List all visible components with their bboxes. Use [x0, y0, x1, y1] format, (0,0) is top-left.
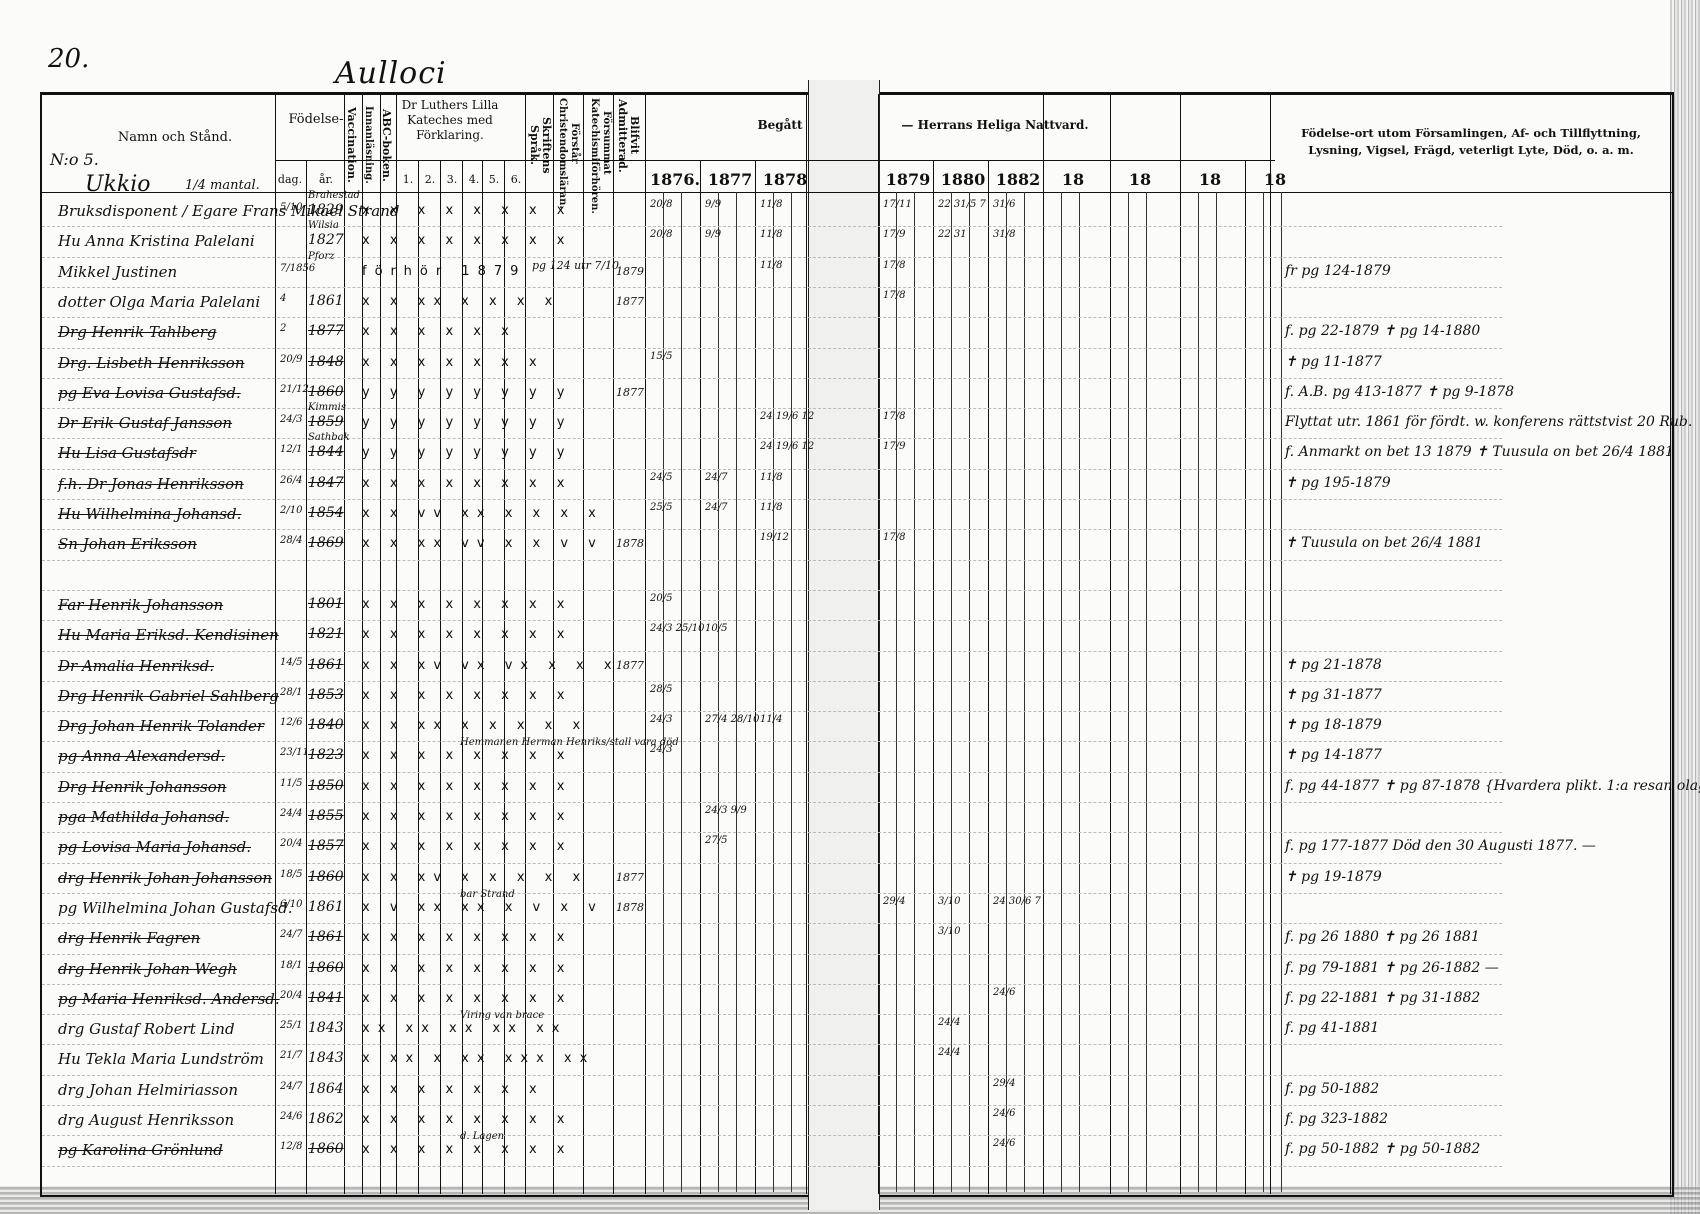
- register-row: Hu Tekla Maria Lundström21/71843x xx x x…: [0, 1044, 1700, 1074]
- birth-year: 1861: [308, 293, 344, 309]
- person-name: Dr Erik Gustaf Jansson: [58, 414, 232, 432]
- catechism-marks: x x x x x x x: [362, 1082, 545, 1097]
- person-name: pg Maria Henriksd. Andersd.: [58, 990, 280, 1008]
- catechism-marks: x x x x x x x x: [362, 688, 572, 703]
- remark-text: f. pg 41-1881: [1285, 1020, 1379, 1036]
- birth-place: Pforz: [308, 251, 335, 262]
- communion-date: 24/7: [705, 473, 727, 483]
- person-name: pg Karolina Grönlund: [58, 1141, 223, 1159]
- birth-place: Kimmis: [308, 402, 346, 413]
- birth-year: 1860: [308, 960, 344, 976]
- person-name: pg Lovisa Maria Johansd.: [58, 838, 251, 856]
- birth-day: 12/1: [280, 444, 302, 455]
- remark-text: f. pg 50-1882: [1285, 1081, 1379, 1097]
- remark-text: f. pg 26 1880 ✝ pg 26 1881: [1285, 929, 1480, 945]
- register-row: [0, 560, 1700, 590]
- household-share: 1/4 mantal.: [185, 178, 260, 193]
- birth-year: 1864: [308, 1081, 344, 1097]
- register-row: f.h. Dr Jonas Henriksson26/41847x x x x …: [0, 469, 1700, 499]
- year-header: 1877: [704, 170, 756, 189]
- birth-year: 1850: [308, 778, 344, 794]
- catechism-marks: x x x x x x x x: [362, 991, 572, 1006]
- communion-date: 11/8: [760, 503, 782, 513]
- birth-day: 23/11: [280, 747, 309, 758]
- header-birth-day: dag.: [276, 172, 304, 187]
- birth-day: 18/1: [280, 960, 302, 971]
- header-birth-year: år.: [306, 172, 346, 187]
- remark-text: f. pg 79-1881 ✝ pg 26-1882 —: [1285, 960, 1499, 976]
- catechism-marks: x x x x x x x x: [362, 961, 572, 976]
- birth-day: 5/10: [280, 202, 302, 213]
- catechism-marks: x x x x x x x x: [362, 476, 572, 491]
- communion-date: 24 19/6 12: [760, 412, 814, 422]
- birth-year: 1848: [308, 354, 344, 370]
- register-row: drg Henrik Fagren24/71861x x x x x x x x…: [0, 923, 1700, 953]
- person-name: Hu Tekla Maria Lundström: [58, 1050, 264, 1068]
- marginal-note: d. Lagen: [460, 1131, 504, 1142]
- catechism-marks: x x x x x x x x: [362, 1112, 572, 1127]
- birth-year: 1821: [308, 626, 344, 642]
- person-name: drg Gustaf Robert Lind: [58, 1020, 235, 1038]
- birth-day: 4: [280, 293, 286, 304]
- remark-text: f. pg 44-1877 ✝ pg 87-1878 {Hvardera pli…: [1285, 778, 1700, 794]
- person-name: drg Johan Helmiriasson: [58, 1081, 238, 1099]
- communion-date: 31/6: [993, 200, 1015, 210]
- birth-place: Sathbak: [308, 432, 350, 443]
- birth-year: 1801: [308, 596, 344, 612]
- register-row: drg Henrik Johan Johansson18/51860x x xv…: [0, 863, 1700, 893]
- catechism-marks: x x x x x x x: [362, 355, 545, 370]
- remark-text: ✝ pg 195-1879: [1285, 475, 1391, 491]
- birth-day: 18/5: [280, 869, 302, 880]
- remark-text: ✝ pg 11-1877: [1285, 354, 1382, 370]
- year-header: 1880: [937, 170, 989, 189]
- catechism-marks: x v xx xx x v x v: [362, 900, 604, 915]
- remark-text: f. Anmarkt on bet 13 1879 ✝ Tuusula on b…: [1285, 444, 1674, 460]
- communion-date: 20/5: [650, 594, 672, 604]
- catechism-marks: x x x x x x x x: [362, 203, 572, 218]
- catechism-marks: x x xx x x x x: [362, 294, 560, 309]
- birth-year: 1840: [308, 717, 344, 733]
- birth-year: 1854: [308, 505, 344, 521]
- remark-text: ✝ pg 21-1878: [1285, 657, 1382, 673]
- birth-year: 1860: [308, 1141, 344, 1157]
- birth-year: 1861: [308, 899, 344, 915]
- admitted-year: 1879: [616, 267, 644, 277]
- register-row: drg Johan Helmiriasson24/71864x x x x x …: [0, 1075, 1700, 1105]
- register-row: drg Henrik Johan Wegh18/11860x x x x x x…: [0, 954, 1700, 984]
- birth-day: 6/10: [280, 899, 302, 910]
- person-name: f.h. Dr Jonas Henriksson: [58, 475, 244, 493]
- register-row: Drg Henrik Tahlberg21877x x x x x xf. pg…: [0, 317, 1700, 347]
- communion-date: 22 31/5 7: [938, 200, 986, 210]
- catechism-marks: x x xv x x x x x: [362, 870, 588, 885]
- marginal-note: bar Strand: [460, 889, 515, 900]
- year-header: 18: [1047, 170, 1099, 189]
- year-header: 1878: [759, 170, 811, 189]
- person-name: Hu Maria Eriksd. Kendisinen: [58, 626, 279, 644]
- remark-text: ✝ pg 31-1877: [1285, 687, 1382, 703]
- admitted-year: 1878: [616, 539, 644, 549]
- register-row: Dr Amalia Henriksd.14/51861x x xv vx vx …: [0, 651, 1700, 681]
- household-name: Ukkio: [85, 172, 150, 197]
- header-abc: ABC-boken.: [380, 100, 392, 190]
- communion-date: 3/10: [938, 897, 960, 907]
- communion-date: 3/10: [938, 927, 960, 937]
- register-row: Hu Maria Eriksd. Kendisinen1821x x x x x…: [0, 620, 1700, 650]
- catechism-part-label: 4.: [464, 172, 484, 187]
- page-number: 20.: [48, 44, 89, 74]
- catechism-marks: x x x x x x x x: [362, 627, 572, 642]
- person-name: Hu Lisa Gustafsdr: [58, 444, 196, 462]
- birth-year: 1843: [308, 1050, 344, 1066]
- catechism-part-label: 3.: [442, 172, 462, 187]
- birth-day: 26/4: [280, 475, 302, 486]
- birth-day: 24/4: [280, 808, 302, 819]
- birth-year: 1855: [308, 808, 344, 824]
- communion-date: 24/3 9/9: [705, 806, 747, 816]
- year-header: 1879: [882, 170, 934, 189]
- register-page: 20. Aulloci Namn och Stånd. Födelse- dag…: [0, 0, 1700, 1214]
- remark-text: ✝ pg 14-1877: [1285, 747, 1382, 763]
- catechism-marks: x x x x x x: [362, 324, 517, 339]
- remark-text: f. A.B. pg 413-1877 ✝ pg 9-1878: [1285, 384, 1514, 400]
- birth-day: 24/7: [280, 929, 302, 940]
- communion-date: 31/8: [993, 230, 1015, 240]
- person-name: Dr Amalia Henriksd.: [58, 657, 214, 675]
- birth-year: 1829: [308, 202, 344, 218]
- year-header: 18: [1114, 170, 1166, 189]
- person-name: pg Anna Alexandersd.: [58, 747, 225, 765]
- birth-year: 1859: [308, 414, 344, 430]
- year-header: 18: [1184, 170, 1236, 189]
- birth-day: 21/12: [280, 384, 309, 395]
- catechism-marks: x x x x x x x x: [362, 1142, 572, 1157]
- admitted-year: 1877: [616, 873, 644, 883]
- catechism-marks: x xx x xx xxx xx: [362, 1051, 595, 1066]
- remark-text: f. pg 177-1877 Död den 30 Augusti 1877. …: [1285, 838, 1596, 854]
- catechism-marks: förhör 1879: [362, 264, 526, 279]
- catechism-marks: x x x x x x x x: [362, 233, 572, 248]
- person-name: Drg. Lisbeth Henriksson: [58, 354, 245, 372]
- year-header: 1882: [992, 170, 1044, 189]
- register-row: drg Gustaf Robert Lind25/11843xx xx xx x…: [0, 1014, 1700, 1044]
- register-row: Hu Lisa Gustafsdr12/11844Sathbaky y y y …: [0, 438, 1700, 468]
- communion-date: 17/9: [883, 230, 905, 240]
- communion-date: 24/6: [993, 988, 1015, 998]
- person-name: drg August Henriksson: [58, 1111, 234, 1129]
- marginal-note: Hemmanen Herman Henriks/stall vara död: [460, 737, 679, 748]
- birth-year: 1860: [308, 384, 344, 400]
- catechism-part-label: 6.: [506, 172, 526, 187]
- birth-day: 24/7: [280, 1081, 302, 1092]
- person-name: drg Henrik Johan Wegh: [58, 960, 237, 978]
- register-row: Drg Henrik Gabriel Sahlberg28/11853x x x…: [0, 681, 1700, 711]
- remark-text: Flyttat utr. 1861 för fördt. w. konferen…: [1285, 414, 1692, 430]
- register-row: drg August Henriksson24/61862x x x x x x…: [0, 1105, 1700, 1135]
- person-name: pg Wilhelmina Johan Gustafsd.: [58, 899, 292, 917]
- remark-text: ✝ pg 19-1879: [1285, 869, 1382, 885]
- header-forsummat: Försummat Katechismiförhören.: [588, 98, 612, 188]
- birth-year: 1844: [308, 444, 344, 460]
- header-innanlasning: Innanläsning.: [362, 100, 374, 190]
- communion-date: 24/6: [993, 1139, 1015, 1149]
- admitted-year: 1878: [616, 903, 644, 913]
- person-name: Drg Johan Henrik Tolander: [58, 717, 264, 735]
- communion-date: 24/7: [705, 503, 727, 513]
- register-row: Drg Henrik Johansson11/51850x x x x x x …: [0, 772, 1700, 802]
- birth-day: 2/10: [280, 505, 302, 516]
- birth-day: 24/6: [280, 1111, 302, 1122]
- birth-year: 1823: [308, 747, 344, 763]
- birth-day: 12/6: [280, 717, 302, 728]
- birth-year: 1857: [308, 838, 344, 854]
- header-skriftens: Skriftens Språk.: [528, 100, 552, 190]
- birth-year: 1853: [308, 687, 344, 703]
- person-name: Hu Wilhelmina Johansd.: [58, 505, 241, 523]
- birth-day: 12/8: [280, 1141, 302, 1152]
- register-row: dotter Olga Maria Palelani41861x x xx x …: [0, 287, 1700, 317]
- catechism-marks: x x x x x x x x: [362, 930, 572, 945]
- forstar-note: pg 124 utr 7/10: [532, 261, 619, 271]
- communion-date: 17/8: [883, 261, 905, 271]
- communion-date: 29/4: [883, 897, 905, 907]
- communion-date: 11/8: [760, 473, 782, 483]
- year-header: 1876.: [649, 170, 701, 189]
- register-row: Drg Johan Henrik Tolander12/61840x x xx …: [0, 711, 1700, 741]
- birth-place: Brahestad: [308, 190, 360, 201]
- communion-date: 24 30/6 7: [993, 897, 1041, 907]
- birth-year: 1860: [308, 869, 344, 885]
- catechism-part-label: 1.: [398, 172, 418, 187]
- communion-date: 17/11: [883, 200, 912, 210]
- person-name: Bruksdisponent / Egare Frans Mikael Stra…: [58, 202, 399, 220]
- register-row: pga Mathilda Johansd.24/41855x x x x x x…: [0, 802, 1700, 832]
- remark-text: f. pg 22-1881 ✝ pg 31-1882: [1285, 990, 1480, 1006]
- register-row: pg Karolina Grönlund12/81860x x x x x x …: [0, 1135, 1700, 1165]
- register-row: Far Henrik Johansson1801x x x x x x x x: [0, 590, 1700, 620]
- birth-year: 1877: [308, 323, 344, 339]
- remark-text: f. pg 22-1879 ✝ pg 14-1880: [1285, 323, 1480, 339]
- communion-date: 25/5: [650, 503, 672, 513]
- marginal-note: Viring van brace: [460, 1010, 544, 1021]
- birth-day: 2: [280, 323, 286, 334]
- register-row: pg Anna Alexandersd.23/111823x x x x x x…: [0, 741, 1700, 771]
- birth-day: 25/1: [280, 1020, 302, 1031]
- communion-date: 17/9: [883, 442, 905, 452]
- catechism-marks: xx xx xx xx xx: [362, 1021, 567, 1036]
- catechism-marks: x x x x x x x x: [362, 748, 572, 763]
- header-bottom-line: [40, 192, 1672, 193]
- birth-day: 20/4: [280, 838, 302, 849]
- person-name: Drg Henrik Tahlberg: [58, 323, 217, 341]
- communion-date: 20/8: [650, 230, 672, 240]
- communion-date: 11/8: [760, 200, 782, 210]
- header-name: Namn och Stånd.: [90, 130, 260, 145]
- person-name: pga Mathilda Johansd.: [58, 808, 229, 826]
- household-number: N:o 5.: [50, 150, 99, 169]
- register-row: Sn Johan Eriksson28/41869x x xx vv x x v…: [0, 529, 1700, 559]
- catechism-marks: x x vv xx x x x x: [362, 506, 604, 521]
- birth-year: 1861: [308, 657, 344, 673]
- catechism-marks: y y y y y y y y: [362, 415, 572, 430]
- birth-day: 28/1: [280, 687, 302, 698]
- birth-year: 1847: [308, 475, 344, 491]
- register-row: Drg. Lisbeth Henriksson20/91848x x x x x…: [0, 348, 1700, 378]
- communion-date: 24/4: [938, 1048, 960, 1058]
- person-name: Hu Anna Kristina Palelani: [58, 232, 255, 250]
- communion-date: 24/5: [650, 473, 672, 483]
- catechism-marks: x x x x x x x x: [362, 779, 572, 794]
- communion-date: 11/8: [760, 261, 782, 271]
- remark-text: f. pg 50-1882 ✝ pg 50-1882: [1285, 1141, 1480, 1157]
- person-name: Far Henrik Johansson: [58, 596, 223, 614]
- communion-date: 27/5: [705, 836, 727, 846]
- catechism-marks: x x xx x x x x x: [362, 718, 588, 733]
- header-begatt: Begått: [740, 118, 820, 133]
- birth-year: 1827: [308, 232, 344, 248]
- communion-date: 10/5: [705, 624, 727, 634]
- header-remarks: Födelse-ort utom Församlingen, Af- och T…: [1276, 125, 1666, 159]
- communion-date: 17/8: [883, 533, 905, 543]
- communion-date: 20/8: [650, 200, 672, 210]
- catechism-marks: y y y y y y y y: [362, 385, 572, 400]
- communion-date: 17/8: [883, 412, 905, 422]
- person-name: Drg Henrik Johansson: [58, 778, 226, 796]
- admitted-year: 1877: [616, 661, 644, 671]
- remark-text: ✝ pg 18-1879: [1285, 717, 1382, 733]
- person-name: pg Eva Lovisa Gustafsd.: [58, 384, 241, 402]
- communion-date: 24/3: [650, 745, 672, 755]
- birth-day: 21/7: [280, 1050, 302, 1061]
- admitted-year: 1877: [616, 388, 644, 398]
- remark-text: fr pg 124-1879: [1285, 263, 1391, 279]
- remark-text: f. pg 323-1882: [1285, 1111, 1388, 1127]
- birth-year: 1861: [308, 929, 344, 945]
- birth-day: 28/4: [280, 535, 302, 546]
- admitted-year: 1877: [616, 297, 644, 307]
- birth-day: 24/3: [280, 414, 302, 425]
- communion-date: 24/3: [650, 715, 672, 725]
- communion-date: 22 31: [938, 230, 967, 240]
- communion-date: 9/9: [705, 200, 721, 210]
- communion-date: 28/5: [650, 685, 672, 695]
- register-row: Mikkel Justinen7/1856Pforzförhör 1879fr …: [0, 257, 1700, 287]
- birth-day: 20/9: [280, 354, 302, 365]
- year-header: 18: [1249, 170, 1301, 189]
- communion-date: 9/9: [705, 230, 721, 240]
- header-subline: [275, 160, 1275, 161]
- communion-date: 24/3 25/10: [650, 624, 704, 634]
- catechism-marks: x x xx vv x x v v: [362, 536, 604, 551]
- catechism-marks: y y y y y y y y: [362, 445, 572, 460]
- remark-text: ✝ Tuusula on bet 26/4 1881: [1285, 535, 1483, 551]
- person-name: Sn Johan Eriksson: [58, 535, 197, 553]
- person-name: dotter Olga Maria Palelani: [58, 293, 260, 311]
- communion-date: 11/8: [760, 230, 782, 240]
- birth-day: 14/5: [280, 657, 302, 668]
- person-name: Mikkel Justinen: [58, 263, 177, 281]
- header-catechism: Dr Luthers Lilla Kateches med Förklaring…: [396, 98, 504, 143]
- birth-year: 1869: [308, 535, 344, 551]
- communion-date: 11/4: [760, 715, 782, 725]
- register-row: Hu Wilhelmina Johansd.2/101854x x vv xx …: [0, 499, 1700, 529]
- register-row: pg Lovisa Maria Johansd.20/41857x x x x …: [0, 832, 1700, 862]
- catechism-marks: x x x x x x x x: [362, 839, 572, 854]
- communion-date: 27/4 28/10: [705, 715, 759, 725]
- catechism-part-label: 2.: [420, 172, 440, 187]
- communion-date: 17/8: [883, 291, 905, 301]
- register-row: pg Wilhelmina Johan Gustafsd.6/101861x v…: [0, 893, 1700, 923]
- parish-heading: Aulloci: [335, 56, 447, 91]
- birth-day: 11/5: [280, 778, 302, 789]
- communion-date: 15/5: [650, 352, 672, 362]
- catechism-marks: x x xv vx vx x x x: [362, 658, 620, 673]
- register-row: pg Maria Henriksd. Andersd.20/41841x x x…: [0, 984, 1700, 1014]
- communion-date: 29/4: [993, 1079, 1015, 1089]
- header-vaccination: Vaccination.: [345, 100, 357, 190]
- communion-date: 19/12: [760, 533, 789, 543]
- birth-year: 1862: [308, 1111, 344, 1127]
- register-row: pg Eva Lovisa Gustafsd.21/121860y y y y …: [0, 378, 1700, 408]
- header-admitterad: Blifvit Admitterad.: [616, 98, 640, 173]
- person-name: drg Henrik Johan Johansson: [58, 869, 272, 887]
- birth-year: 1843: [308, 1020, 344, 1036]
- catechism-part-label: 5.: [484, 172, 504, 187]
- catechism-marks: x x x x x x x x: [362, 809, 572, 824]
- birth-year: 1841: [308, 990, 344, 1006]
- communion-date: 24 19/6 12: [760, 442, 814, 452]
- catechism-marks: x x x x x x x x: [362, 597, 572, 612]
- person-name: drg Henrik Fagren: [58, 929, 200, 947]
- communion-date: 24/6: [993, 1109, 1015, 1119]
- row-divider: [42, 1166, 1502, 1167]
- header-forstar: Förstår Christendomsläran.: [556, 98, 580, 188]
- register-row: Bruksdisponent / Egare Frans Mikael Stra…: [0, 196, 1700, 226]
- birth-place: Wilsia: [308, 220, 339, 231]
- birth-day: 7/1856: [280, 263, 315, 274]
- birth-day: 20/4: [280, 990, 302, 1001]
- communion-date: 24/4: [938, 1018, 960, 1028]
- register-row: Hu Anna Kristina Palelani1827Wilsiax x x…: [0, 226, 1700, 256]
- person-name: Drg Henrik Gabriel Sahlberg: [58, 687, 279, 705]
- header-nattvard: — Herrans Heliga Nattvard.: [895, 118, 1095, 133]
- register-row: Dr Erik Gustaf Jansson24/31859Kimmisy y …: [0, 408, 1700, 438]
